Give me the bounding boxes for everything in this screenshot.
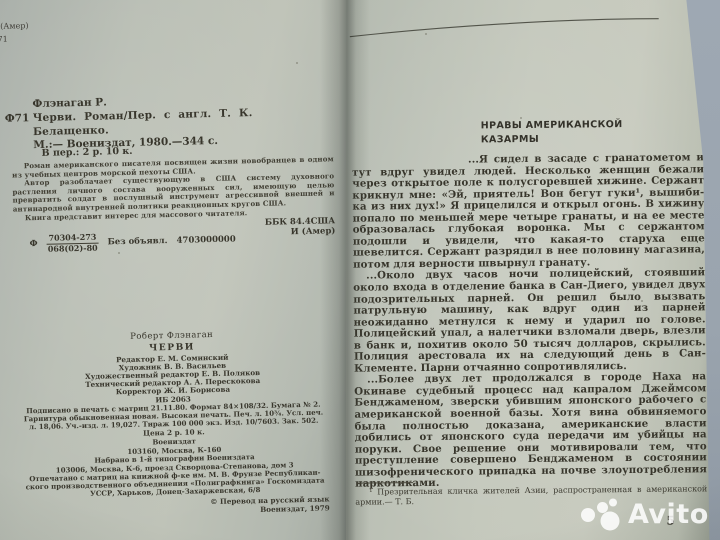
binding-price: В пер.: 2 р. 10 к. xyxy=(41,146,132,159)
no-announce: Без объявл. xyxy=(107,236,167,247)
paper-speck xyxy=(641,300,643,302)
corner-mark-classification: И (Амер) xyxy=(0,19,29,33)
paper-speck xyxy=(296,62,298,64)
section-heading: НРАВЫ АМЕРИКАНСКОЙ КАЗАРМЫ xyxy=(481,118,623,146)
paper-speck xyxy=(520,117,522,119)
footnote: ¹ Презрительная кличка жителей Азии, рас… xyxy=(355,484,707,507)
right-page: НРАВЫ АМЕРИКАНСКОЙ КАЗАРМЫ ...Я сидел в … xyxy=(346,0,712,540)
body-paragraph: ...Более двух лет продолжался в городе Н… xyxy=(354,372,707,491)
catalog-index-row: Ф 70304-273 068(02)-80 Без объявл. 47030… xyxy=(29,230,236,255)
card-author: Флэнаган Р. xyxy=(32,96,107,110)
paper-speck xyxy=(676,432,678,434)
author-sign: Ф71 xyxy=(5,112,34,153)
paper-speck xyxy=(425,33,427,35)
annotation: Роман американского писателя посвящен жи… xyxy=(12,155,335,222)
paper-speck xyxy=(118,252,120,254)
bbk-index: ББК 84.4США И (Амер) xyxy=(233,216,335,238)
corner-mark-author-sign: Ф71 xyxy=(0,32,29,46)
body-paragraph: ...Я сидел в засаде с гранатометом и тут… xyxy=(352,152,705,271)
book-spread-photo: И (Амер) Ф71 Флэнаган Р. Ф71 Черви. Рома… xyxy=(0,0,720,540)
catalog-card: Ф71 Черви. Роман/Пер. с англ. Т. К. Бела… xyxy=(5,105,328,153)
copyright-notice: © Перевод на русский язык Воениздат, 197… xyxy=(210,495,330,515)
index-letter: Ф xyxy=(29,239,37,249)
library-corner-marks: И (Амер) Ф71 xyxy=(0,19,29,46)
page-number: 5 xyxy=(666,514,674,528)
pen-stroke-line xyxy=(346,13,666,42)
index-code: 4703000000 xyxy=(176,235,235,246)
left-page: И (Амер) Ф71 Флэнаган Р. Ф71 Черви. Рома… xyxy=(0,0,348,540)
index-fraction: 70304-273 068(02)-80 xyxy=(46,233,98,254)
body-paragraph: ...Около двух часов ночи полицейский, ст… xyxy=(353,268,706,375)
body-text: ...Я сидел в засаде с гранатометом и тут… xyxy=(352,152,707,490)
